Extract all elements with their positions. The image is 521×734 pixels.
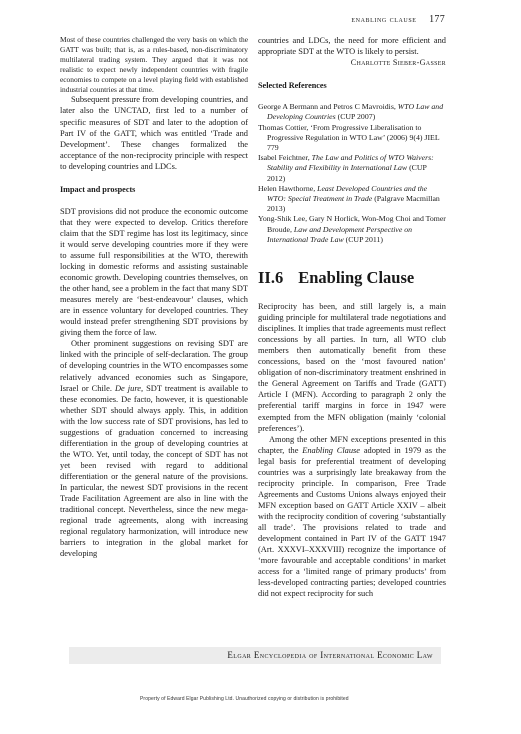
ref-text: George A Bermann and Petros C Mavroidis, bbox=[258, 102, 398, 111]
right-column: countries and LDCs, the need for more ef… bbox=[258, 35, 446, 599]
section-title: Enabling Clause bbox=[298, 268, 414, 287]
body-paragraph: countries and LDCs, the need for more ef… bbox=[258, 35, 446, 57]
reference-item: Isabel Feichtner, The Law and Politics o… bbox=[258, 153, 446, 184]
reference-item: Thomas Cottier, ‘From Progressive Libera… bbox=[258, 123, 446, 154]
ref-text: (CUP 2011) bbox=[344, 235, 383, 244]
reference-item: George A Bermann and Petros C Mavroidis,… bbox=[258, 102, 446, 122]
references-list: George A Bermann and Petros C Mavroidis,… bbox=[258, 102, 446, 245]
italic-term: Enabling Clause bbox=[302, 446, 360, 455]
body-paragraph: Reciprocity has been, and still largely … bbox=[258, 301, 446, 434]
text-run: SDT treatment is available to these econ… bbox=[60, 384, 248, 559]
subheading-impact-prospects: Impact and prospects bbox=[60, 184, 248, 195]
ref-text: Helen Hawthorne, bbox=[258, 184, 317, 193]
ref-text: Thomas Cottier, ‘From Progressive Libera… bbox=[258, 123, 439, 152]
book-title: Elgar Encyclopedia of International Econ… bbox=[227, 650, 433, 660]
block-quote: Most of these countries challenged the v… bbox=[60, 35, 248, 94]
ref-text: (CUP 2007) bbox=[336, 112, 376, 121]
ref-text: Isabel Feichtner, bbox=[258, 153, 312, 162]
body-paragraph: Among the other MFN exceptions presented… bbox=[258, 434, 446, 600]
italic-term: De jure, bbox=[115, 384, 143, 393]
page-number: 177 bbox=[429, 14, 445, 25]
reference-item: Yong-Shik Lee, Gary N Horlick, Won-Mog C… bbox=[258, 214, 446, 245]
left-column: Most of these countries challenged the v… bbox=[60, 35, 248, 559]
footer-band: Elgar Encyclopedia of International Econ… bbox=[69, 647, 441, 664]
body-paragraph: Other prominent suggestions on revising … bbox=[60, 338, 248, 559]
body-paragraph: Subsequent pressure from developing coun… bbox=[60, 94, 248, 171]
section-heading: II.6Enabling Clause bbox=[258, 269, 446, 287]
copyright-notice: Property of Edward Elgar Publishing Ltd.… bbox=[140, 696, 349, 702]
reference-item: Helen Hawthorne, Least Developed Countri… bbox=[258, 184, 446, 215]
section-number: II.6 bbox=[258, 268, 283, 287]
references-heading: Selected References bbox=[258, 80, 446, 91]
author-signature: Charlotte Sieber-Gasser bbox=[258, 57, 446, 68]
running-head-title: Enabling Clause bbox=[351, 14, 416, 24]
running-head: Enabling Clause 177 bbox=[351, 14, 445, 25]
body-paragraph: SDT provisions did not produce the econo… bbox=[60, 206, 248, 339]
text-run: adopted in 1979 as the legal basis for p… bbox=[258, 446, 446, 599]
